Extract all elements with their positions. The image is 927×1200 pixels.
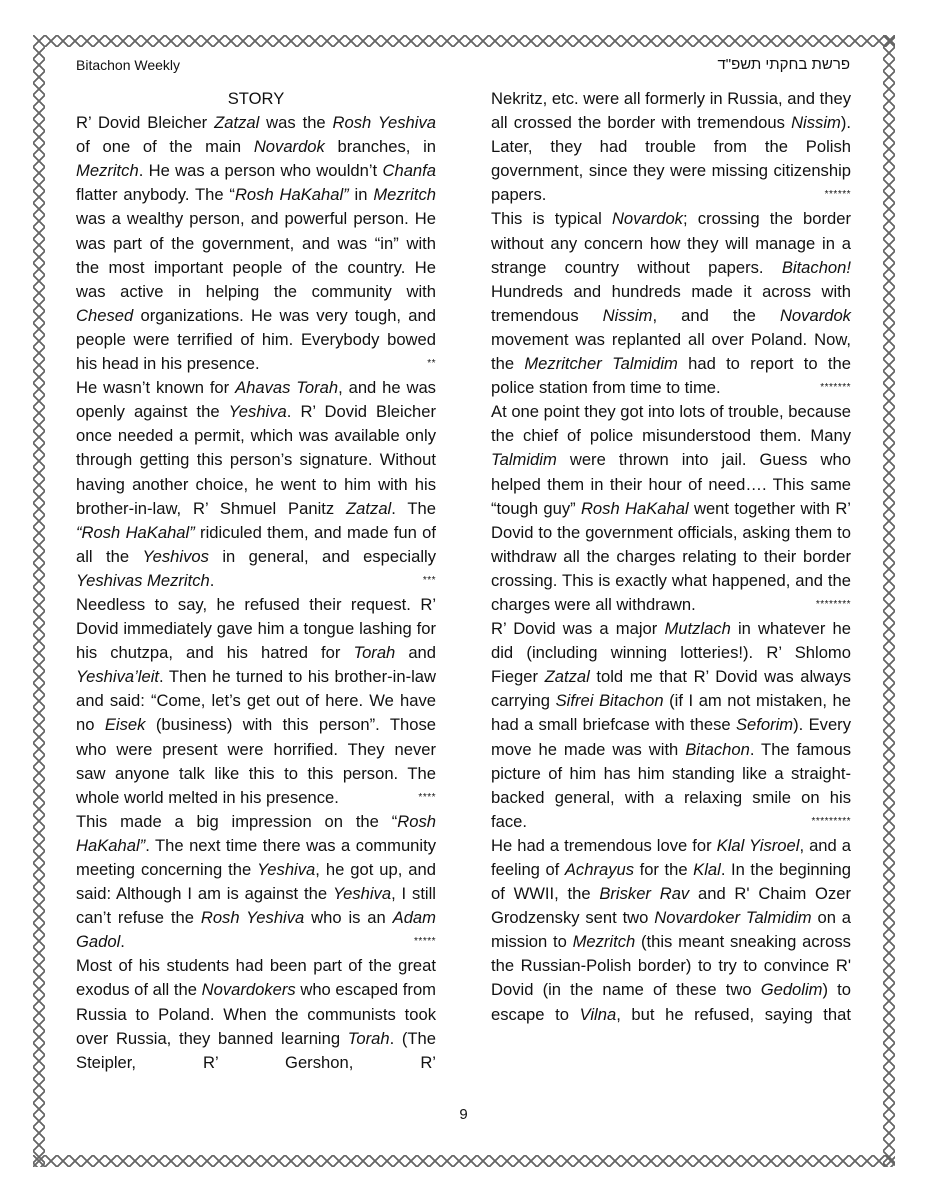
italic-term: Bitachon bbox=[685, 740, 750, 759]
decorative-border-bottom bbox=[33, 1155, 895, 1167]
italic-term: Achrayus bbox=[565, 860, 634, 879]
italic-term: Zatzal bbox=[214, 113, 259, 132]
italic-term: Mezritch bbox=[76, 161, 139, 180]
italic-term: Rosh HaKahal” bbox=[235, 185, 349, 204]
italic-term: Novardok bbox=[612, 209, 683, 228]
parsha-heading: פרשת בחקתי תשפ"ד bbox=[717, 56, 850, 73]
italic-term: Vilna bbox=[580, 1005, 617, 1024]
italic-term: Eisek bbox=[105, 715, 146, 734]
italic-term: Novardok bbox=[254, 137, 325, 156]
italic-term: Mezritch bbox=[373, 185, 436, 204]
italic-term: Nissim bbox=[603, 306, 653, 325]
italic-term: Zatzal bbox=[545, 667, 590, 686]
italic-term: Chanfa bbox=[382, 161, 436, 180]
article-paragraph: Nekritz, etc. were all formerly in Russi… bbox=[491, 87, 851, 207]
italic-term: Novardoker Talmidim bbox=[654, 908, 811, 927]
section-separator-stars: ******** bbox=[816, 593, 851, 617]
section-separator-stars: ****** bbox=[825, 183, 851, 207]
article-paragraph: He wasn’t known for Ahavas Torah, and he… bbox=[76, 376, 436, 593]
article-paragraph: R’ Dovid was a major Mutzlach in whateve… bbox=[491, 617, 851, 834]
italic-term: Bitachon! bbox=[782, 258, 851, 277]
italic-term: Brisker Rav bbox=[599, 884, 689, 903]
article-paragraph: This made a big impression on the “Rosh … bbox=[76, 810, 436, 955]
section-separator-stars: ********* bbox=[811, 810, 851, 834]
italic-term: Mezritch bbox=[573, 932, 636, 951]
italic-term: Torah bbox=[348, 1029, 390, 1048]
text-run: in general, and especially bbox=[209, 547, 436, 566]
right-paragraphs: Nekritz, etc. were all formerly in Russi… bbox=[491, 87, 851, 1027]
text-run: . He was a person who wouldn’t bbox=[139, 161, 383, 180]
page-number: 9 bbox=[0, 1106, 927, 1123]
italic-term: Torah bbox=[353, 643, 395, 662]
decorative-border-left bbox=[33, 35, 45, 1167]
text-run: He had a tremendous love for bbox=[491, 836, 717, 855]
italic-term: Yeshiva bbox=[333, 884, 391, 903]
italic-term: Ahavas Torah bbox=[235, 378, 338, 397]
italic-term: Sifrei Bitachon bbox=[556, 691, 664, 710]
text-run: and bbox=[395, 643, 436, 662]
publication-name: Bitachon Weekly bbox=[76, 57, 180, 73]
italic-term: Novardokers bbox=[202, 980, 296, 999]
left-paragraphs: R’ Dovid Bleicher Zatzal was the Rosh Ye… bbox=[76, 111, 436, 1075]
text-run: was a wealthy person, and powerful perso… bbox=[76, 209, 436, 300]
article-paragraph: This is typical Novardok; crossing the b… bbox=[491, 207, 851, 400]
italic-term: “Rosh HaKahal” bbox=[76, 523, 195, 542]
text-run: in bbox=[349, 185, 374, 204]
italic-term: Mutzlach bbox=[664, 619, 730, 638]
italic-term: Klal bbox=[693, 860, 721, 879]
text-run: for the bbox=[634, 860, 693, 879]
text-run: who is an bbox=[304, 908, 392, 927]
text-run: This is typical bbox=[491, 209, 612, 228]
left-column: STORY R’ Dovid Bleicher Zatzal was the R… bbox=[76, 87, 436, 1075]
text-run: R’ Dovid Bleicher bbox=[76, 113, 214, 132]
decorative-border-top bbox=[33, 35, 895, 47]
article-title: STORY bbox=[76, 87, 436, 111]
italic-term: Rosh Yeshiva bbox=[333, 113, 436, 132]
article-paragraph: Needless to say, he refused their reques… bbox=[76, 593, 436, 810]
article-paragraph: He had a tremendous love for Klal Yisroe… bbox=[491, 834, 851, 1027]
text-run: R’ Dovid was a major bbox=[491, 619, 664, 638]
section-separator-stars: **** bbox=[418, 786, 436, 810]
article-paragraph: At one point they got into lots of troub… bbox=[491, 400, 851, 617]
italic-term: Talmidim bbox=[491, 450, 557, 469]
italic-term: Klal Yisroel bbox=[717, 836, 800, 855]
italic-term: Seforim bbox=[736, 715, 793, 734]
italic-term: Yeshiva bbox=[257, 860, 315, 879]
text-run: flatter anybody. The “ bbox=[76, 185, 235, 204]
text-run: branches, in bbox=[325, 137, 436, 156]
italic-term: Rosh HaKahal bbox=[581, 499, 689, 518]
italic-term: Gedolim bbox=[761, 980, 823, 999]
text-run: . bbox=[210, 571, 215, 590]
text-run: of one of the main bbox=[76, 137, 254, 156]
section-separator-stars: ***** bbox=[414, 930, 436, 954]
italic-term: Rosh Yeshiva bbox=[201, 908, 304, 927]
article-paragraph: Most of his students had been part of th… bbox=[76, 954, 436, 1074]
italic-term: Chesed bbox=[76, 306, 133, 325]
text-run: . bbox=[120, 932, 125, 951]
section-separator-stars: ** bbox=[427, 352, 436, 376]
article-paragraph: R’ Dovid Bleicher Zatzal was the Rosh Ye… bbox=[76, 111, 436, 376]
italic-term: Zatzal bbox=[346, 499, 391, 518]
text-run: . The bbox=[391, 499, 436, 518]
italic-term: Yeshiva’leit bbox=[76, 667, 159, 686]
text-run: was the bbox=[259, 113, 332, 132]
italic-term: Yeshivos bbox=[143, 547, 209, 566]
italic-term: Mezritcher Talmidim bbox=[524, 354, 678, 373]
text-run: At one point they got into lots of troub… bbox=[491, 402, 851, 445]
text-run: , and the bbox=[652, 306, 780, 325]
text-run: He wasn’t known for bbox=[76, 378, 235, 397]
text-run: This made a big impression on the “ bbox=[76, 812, 397, 831]
decorative-border-right bbox=[883, 35, 895, 1167]
italic-term: Yeshiva bbox=[229, 402, 287, 421]
section-separator-stars: ******* bbox=[820, 376, 851, 400]
section-separator-stars: *** bbox=[423, 569, 436, 593]
right-column: Nekritz, etc. were all formerly in Russi… bbox=[491, 87, 851, 1027]
italic-term: Nissim bbox=[791, 113, 841, 132]
italic-term: Novardok bbox=[780, 306, 851, 325]
italic-term: Yeshivas Mezritch bbox=[76, 571, 210, 590]
text-run: , but he refused, saying that bbox=[616, 1005, 851, 1024]
